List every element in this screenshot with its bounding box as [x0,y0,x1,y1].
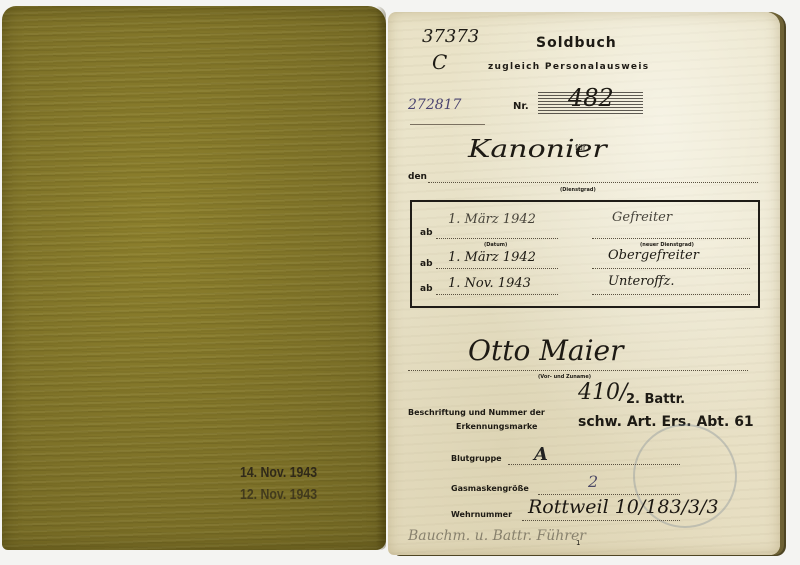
rank-value: Kanonier [468,136,607,164]
promotion-rank: Gefreiter [612,210,672,225]
promotion-date: 1. März 1942 [448,212,536,227]
date-stamp: 14. Nov. 1943 [240,462,317,484]
id-tag-label: Beschriftung und Nummer der [408,408,545,417]
den-label: den [408,172,427,182]
blood-group-label: Blutgruppe [451,454,502,463]
gas-mask-value: 2 [588,472,598,491]
rank-line [592,268,750,269]
service-number-line [522,520,680,521]
promotion-date: 1. März 1942 [448,250,536,265]
service-number-label: Wehrnummer [451,510,512,519]
promotions-box: ab 1. März 1942 Gefreiter (Datum) (neuer… [410,200,760,308]
promotion-rank: Unteroffz. [608,274,674,289]
promotion-rank: Obergefreiter [608,248,699,263]
document-title: Soldbuch [536,35,617,51]
gas-mask-line [538,494,680,495]
promotion-label: ab [420,284,433,294]
rank-line [428,182,758,183]
date-line [436,268,558,269]
gas-mask-label: Gasmaskengröße [451,484,529,493]
blood-group-value: A [534,444,548,465]
rank-line [592,294,750,295]
divider [410,124,485,125]
date-line [436,294,558,295]
soldbuch-cover: 14. Nov. 1943 12. Nov. 1943 [2,6,386,550]
service-number-value: Rottweil 10/183/3/3 [528,496,719,518]
date-stamps: 14. Nov. 1943 12. Nov. 1943 [240,462,317,506]
rank-caption: (Dienstgrad) [560,187,596,193]
number-label: Nr. [513,101,529,112]
promotion-label: ab [420,228,433,238]
document-subtitle: zugleich Personalausweis [488,62,649,72]
soldbuch-first-page: 37373 C 272817 Soldbuch zugleich Persona… [388,12,780,555]
rank-line [592,238,750,239]
date-caption: (Datum) [484,242,507,248]
page-number: 1 [576,539,580,547]
date-stamp: 12. Nov. 1943 [240,484,317,506]
unit-stamp-battery: 2. Battr. [626,392,685,407]
id-tag-number: 410/ [578,380,627,405]
handwritten-note: 37373 [422,26,479,47]
number-value: 482 [568,84,614,112]
handwritten-note: C [432,50,447,74]
faded-stamp: Bauchm. u. Battr. Führer [408,528,586,544]
handwritten-note: 272817 [408,97,461,113]
date-line [436,238,558,239]
promotion-label: ab [420,259,433,269]
soldier-name: Otto Maier [468,334,624,367]
id-tag-label: Erkennungsmarke [456,422,537,431]
name-line [408,370,748,371]
promotion-date: 1. Nov. 1943 [448,276,531,291]
